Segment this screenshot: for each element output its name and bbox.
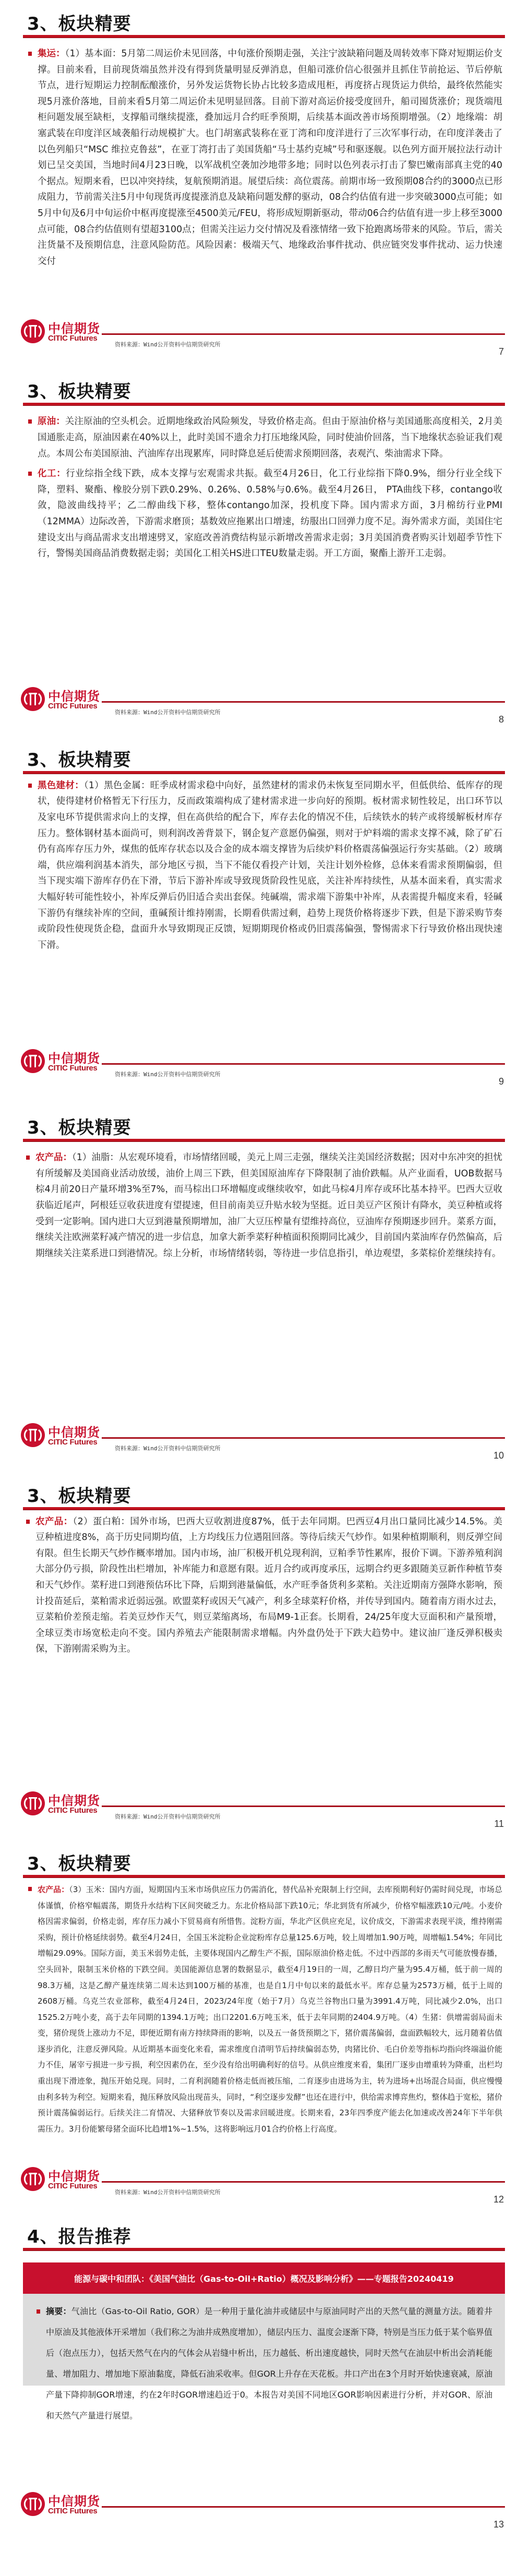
source-note: 资料来源：Wind公开资料中信期货研究所 [115,2188,221,2196]
sector-label: 化工： [38,468,66,479]
page-number: 13 [493,2519,504,2530]
title-divider [23,403,505,406]
page-footer: 中信期货 CITIC Futures 13 [21,2492,505,2534]
slide-page-7: 3、板块精要 集运：（1）基本面：5月第二周运价未见回落，中旬涨价预期走强，关注… [0,0,518,368]
page-title: 3、板块精要 [27,1482,131,1507]
bullet-square-icon [37,2309,40,2314]
abstract-text: 气油比（Gas-to-Oil Ratio, GOR）是一种用于量化油井或储层中与… [46,2306,492,2421]
page-number: 11 [494,1819,504,1829]
sector-text: （3）玉米：国内方面，短期国内玉米市场供应压力仍需消化，替代品补充限制上行空间，… [38,1885,502,2134]
slide-page-12: 3、板块精要 农产品：（3）玉米：国内方面，短期国内玉米市场供应压力仍需消化，替… [0,1840,518,2208]
page-number: 9 [499,1076,504,1087]
slide-page-9: 3、板块精要 黑色建材：（1）黑色金属：旺季成材需求稳中向好，虽然建材的需求仍未… [0,736,518,1104]
sector-text: 关注原油的空头机会。近期地缘政治风险频发，导致价格走高。但由于原油价格与美国通胀… [38,416,502,459]
sector-label: 农产品： [35,1152,72,1163]
brand-name-en: CITIC Futures [48,334,97,343]
citic-logo-icon [21,1791,45,1815]
slide-page-10: 3、板块精要 农产品：（1）油脂：从宏观环境看，市场情绪回暖，美元上周三走强，继… [0,1104,518,1472]
report-recommendation-card[interactable]: 能源与碳中和团队：《美国气油比（Gas-to-Oil+Ratio）概况及影响分析… [23,2262,505,2386]
abstract-label: 摘要： [46,2306,71,2316]
title-divider [23,2248,505,2251]
sector-text: （2）蛋白粕：国外市场，巴西大豆收割进度87%，低于去年同期。巴西豆4月出口量同… [35,1516,502,1655]
bullet-square-icon [28,472,32,476]
page-footer: 中信期货 CITIC Futures 资料来源：Wind公开资料中信期货研究所 … [21,1049,505,1091]
sector-paragraph-chemicals: 化工：行业综指全线下跌，成本支撑与宏观需求共振。截至4月26日，化工行业综指下降… [27,466,502,562]
source-note: 资料来源：Wind公开资料中信期货研究所 [115,1070,221,1078]
page-title: 4、报告推荐 [27,2222,131,2248]
source-note: 资料来源：Wind公开资料中信期货研究所 [115,708,221,716]
sector-text: （1）基本面：5月第二周运价未见回落，中旬涨价预期走强，关注宁波缺箱问题及周转效… [38,49,502,267]
source-note: 资料来源：Wind公开资料中信期货研究所 [115,1444,221,1452]
footer-divider [102,1805,505,1807]
brand-name-en: CITIC Futures [48,2182,97,2190]
sector-paragraph-ferrous: 黑色建材：（1）黑色金属：旺季成材需求稳中向好，虽然建材的需求仍未恢复至同期水平… [27,778,502,954]
bullet-square-icon [28,784,32,788]
sector-text: （1）黑色金属：旺季成材需求稳中向好，虽然建材的需求仍未恢复至同期水平，但低供给… [38,780,502,950]
page-footer: 中信期货 CITIC Futures 资料来源：Wind公开资料中信期货研究所 … [21,1791,505,1833]
page-number: 12 [493,2194,504,2205]
sector-paragraph-oils-fats: 农产品：（1）油脂：从宏观环境看，市场情绪回暖，美元上周三走强，继续关注美国经济… [25,1150,502,1261]
title-divider [23,1875,505,1878]
page-footer: 中信期货 CITIC Futures 资料来源：Wind公开资料中信期货研究所 … [21,2167,505,2208]
citic-logo-icon [21,1049,45,1073]
footer-divider [102,2181,505,2183]
bullet-square-icon [28,52,32,56]
report-title[interactable]: 能源与碳中和团队：《美国气油比（Gas-to-Oil+Ratio）概况及影响分析… [23,2262,505,2294]
citic-logo-icon [21,2167,45,2191]
brand-name-en: CITIC Futures [48,1806,97,1815]
page-footer: 中信期货 CITIC Futures 资料来源：Wind公开资料中信期货研究所 … [21,319,505,361]
brand-name-en: CITIC Futures [48,2507,97,2515]
page-title: 3、板块精要 [27,9,131,35]
page-number: 7 [499,346,504,357]
page-title: 3、板块精要 [27,745,131,771]
page-footer: 中信期货 CITIC Futures 资料来源：Wind公开资料中信期货研究所 … [21,1423,505,1465]
sector-paragraph-crude-oil: 原油：关注原油的空头机会。近期地缘政治风险频发，导致价格走高。但由于原油价格与美… [27,414,502,462]
bullet-square-icon [28,419,32,424]
sector-paragraph-shipping: 集运：（1）基本面：5月第二周运价未见回落，中旬涨价预期走强，关注宁波缺箱问题及… [27,46,502,269]
sector-label: 农产品： [38,1885,69,1894]
brand-name-en: CITIC Futures [48,702,97,711]
sector-paragraph-corn-hogs: 农产品：（3）玉米：国内方面，短期国内玉米市场供应压力仍需消化，替代品补充限制上… [27,1882,502,2137]
citic-logo-icon [21,2492,45,2516]
citic-logo-icon [21,687,45,711]
sector-label: 集运： [38,49,65,59]
title-divider [23,35,505,38]
sector-paragraph-protein-meal: 农产品：（2）蛋白粕：国外市场，巴西大豆收割进度87%，低于去年同期。巴西豆4月… [25,1514,502,1657]
footer-divider [102,2506,505,2508]
source-note: 资料来源：Wind公开资料中信期货研究所 [115,340,221,348]
bullet-square-icon [28,1887,32,1891]
brand-name-en: CITIC Futures [48,1438,97,1447]
footer-divider [102,1063,505,1065]
slide-page-8: 3、板块精要 原油：关注原油的空头机会。近期地缘政治风险频发，导致价格走高。但由… [0,368,518,736]
page-footer: 中信期货 CITIC Futures 资料来源：Wind公开资料中信期货研究所 … [21,687,505,729]
sector-label: 原油： [38,416,65,427]
report-abstract: 摘要：气油比（Gas-to-Oil Ratio, GOR）是一种用于量化油井或储… [35,2301,492,2426]
title-divider [23,1507,505,1510]
page-title: 3、板块精要 [27,1849,131,1875]
source-note: 资料来源：Wind公开资料中信期货研究所 [115,1812,221,1821]
bullet-square-icon [26,1155,30,1160]
brand-name-en: CITIC Futures [48,1064,97,1073]
slide-page-13: 4、报告推荐 能源与碳中和团队：《美国气油比（Gas-to-Oil+Ratio）… [0,2208,518,2576]
sector-label: 黑色建材： [38,780,84,791]
page-title: 3、板块精要 [27,1113,131,1139]
footer-divider [102,333,505,335]
citic-logo-icon [21,319,45,343]
title-divider [23,771,505,774]
slide-page-11: 3、板块精要 农产品：（2）蛋白粕：国外市场，巴西大豆收割进度87%，低于去年同… [0,1472,518,1840]
page-number: 10 [493,1450,504,1461]
page-title: 3、板块精要 [27,377,131,403]
footer-divider [102,1437,505,1439]
bullet-square-icon [26,1520,30,1524]
sector-label: 农产品： [35,1516,73,1527]
page-number: 8 [499,714,504,725]
citic-logo-icon [21,1423,45,1447]
title-divider [23,1139,505,1142]
sector-text: 行业综指全线下跌，成本支撑与宏观需求共振。截至4月26日，化工行业综指下降0.9… [38,468,502,559]
footer-divider [102,701,505,703]
sector-text: （1）油脂：从宏观环境看，市场情绪回暖，美元上周三走强，继续关注美国经济数据；因… [35,1152,502,1259]
